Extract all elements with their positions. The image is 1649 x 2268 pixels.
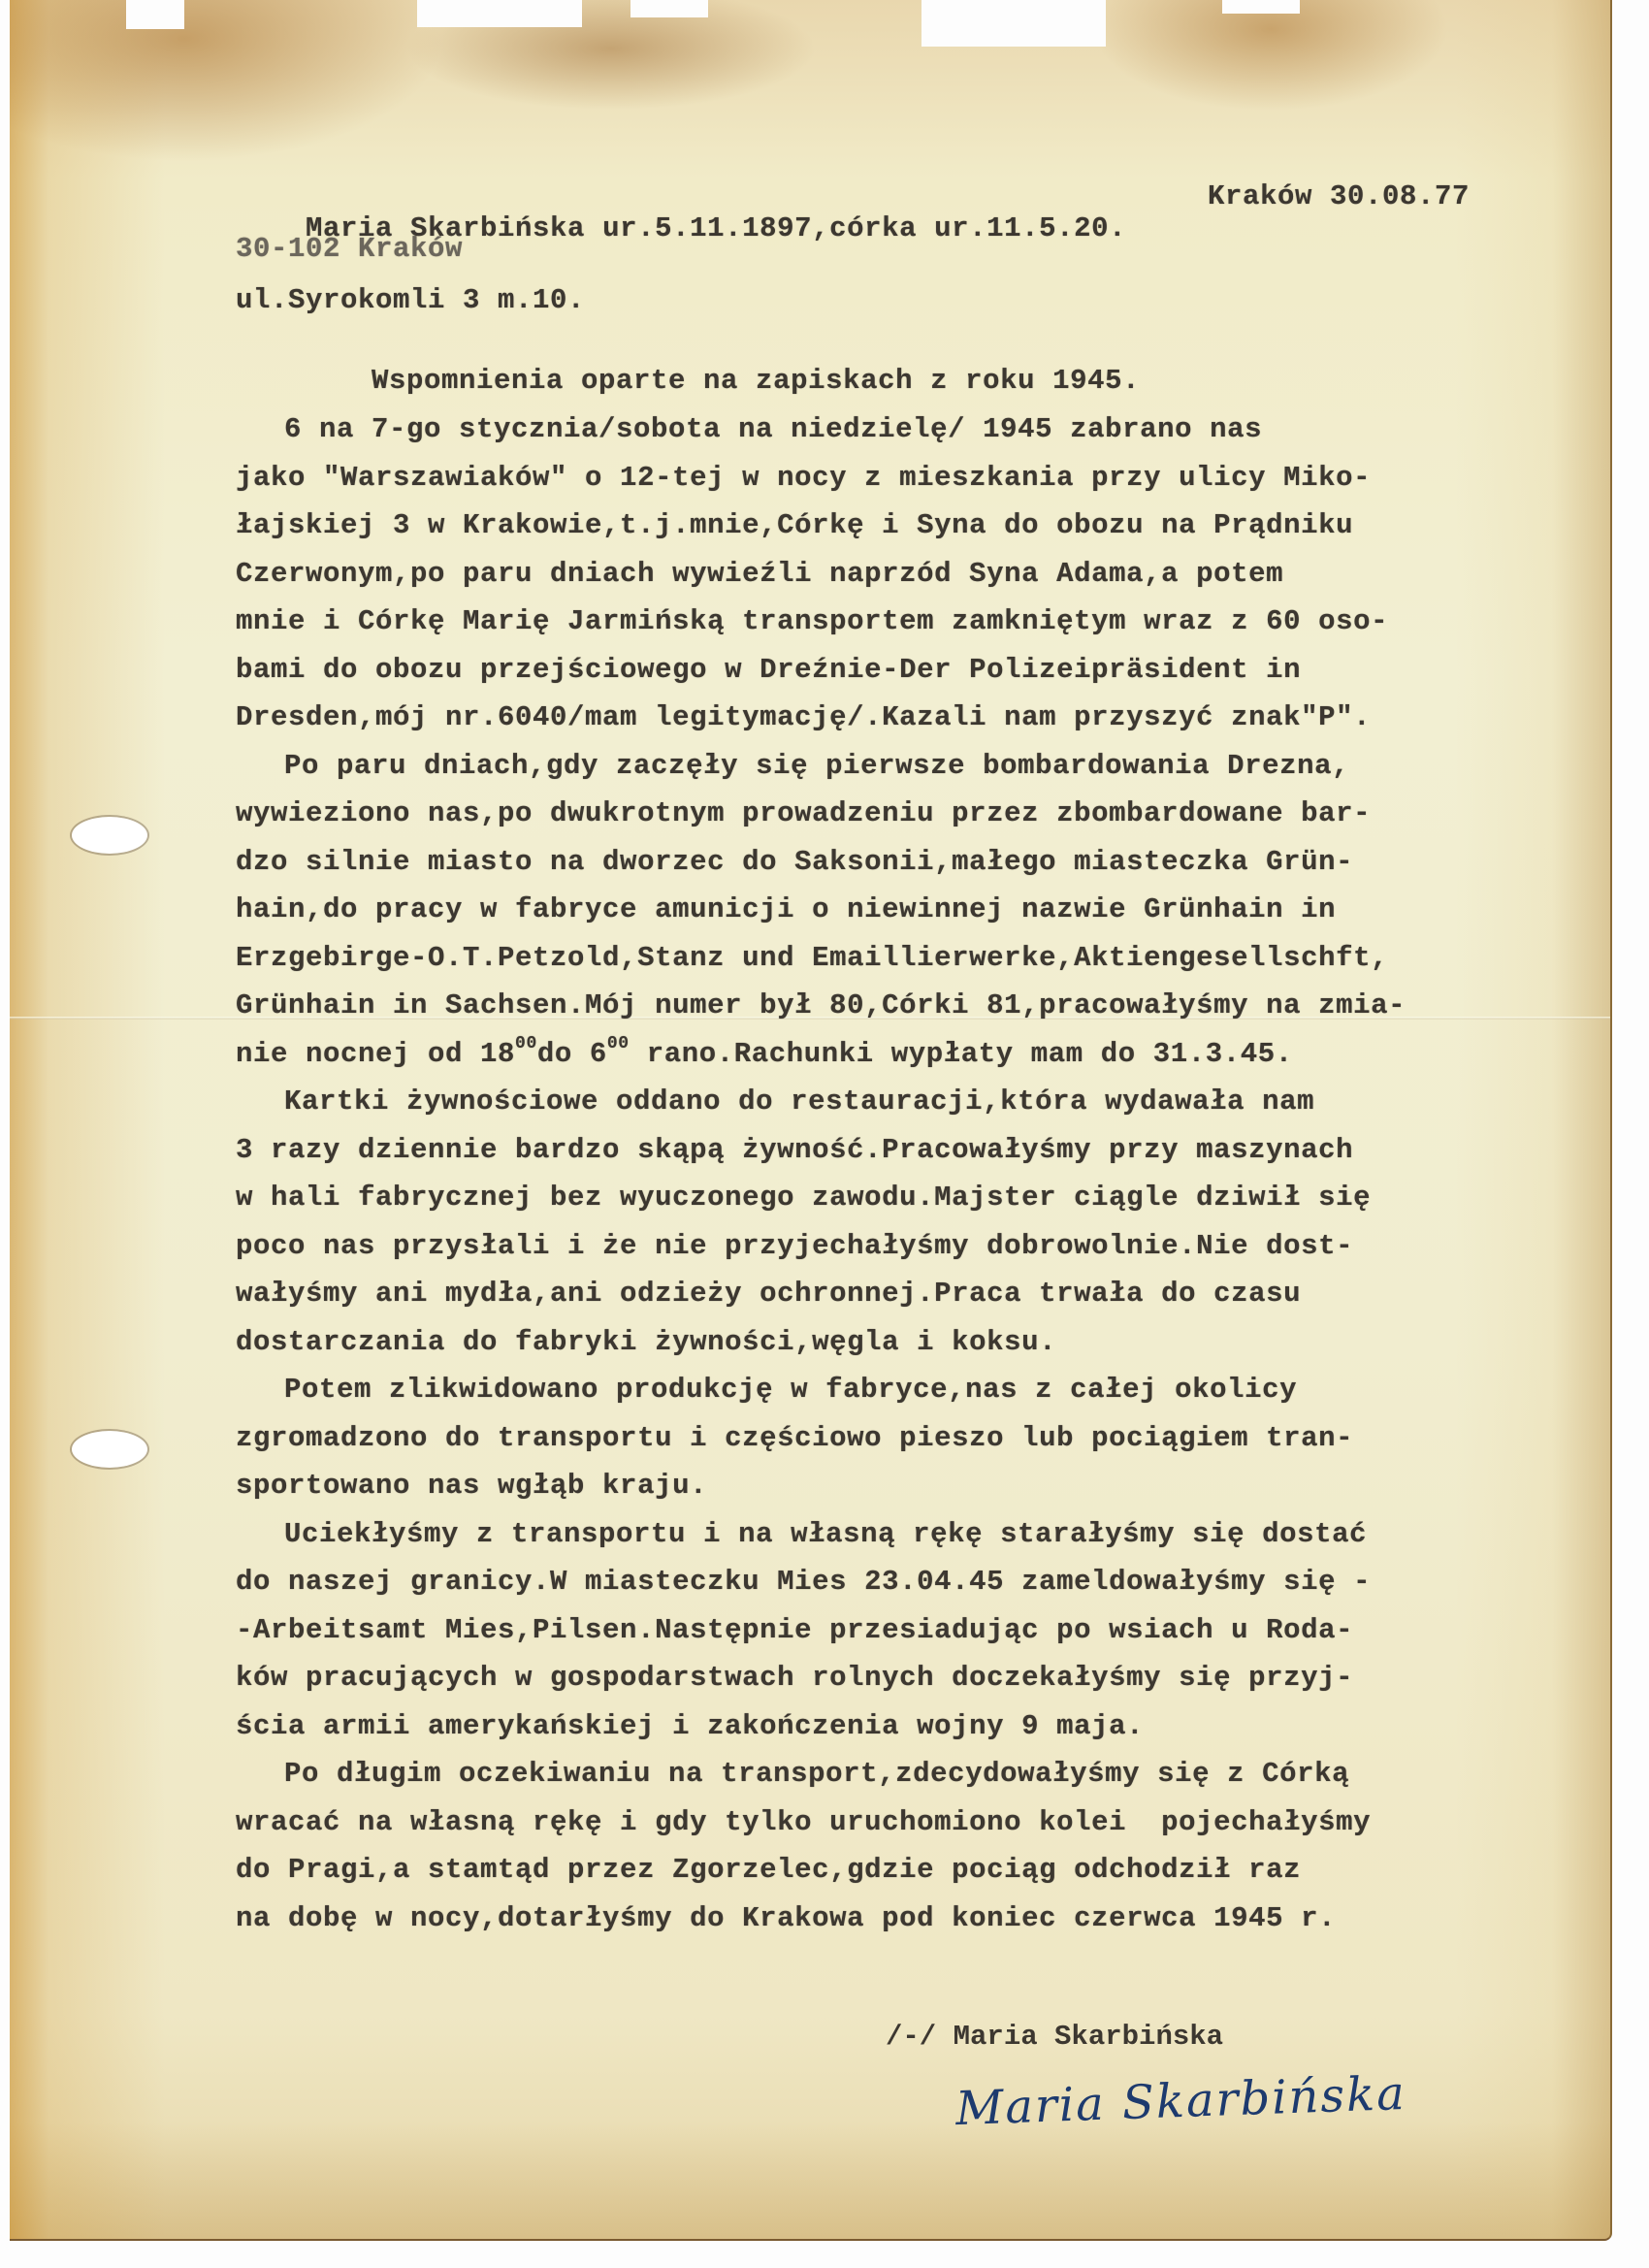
letter-body-line: Po paru dniach,gdy zaczęły się pierwsze … — [284, 750, 1349, 782]
letter-body-line: Potem zlikwidowano produkcję w fabryce,n… — [284, 1374, 1297, 1406]
letter-body-line: Kartki żywnościowe oddano do restauracji… — [284, 1085, 1314, 1118]
letter-body-line: nie nocnej od 1800do 600 rano.Rachunki w… — [236, 1038, 1293, 1070]
letter-body-line: sportowano nas wgłąb kraju. — [236, 1470, 707, 1502]
letter-body-line: 6 na 7-go stycznia/sobota na niedzielę/ … — [284, 413, 1262, 445]
letter-body-line: dzo silnie miasto na dworzec do Saksonii… — [236, 846, 1353, 878]
sender-street-address: ul.Syrokomli 3 m.10. — [236, 284, 585, 316]
torn-edge — [630, 0, 708, 17]
letter-body-line: Dresden,mój nr.6040/mam legitymację/.Kaz… — [236, 701, 1371, 733]
letter-body-line: wracać na własną rękę i gdy tylko urucho… — [236, 1806, 1371, 1838]
punch-hole — [72, 817, 147, 854]
torn-edge — [1222, 0, 1300, 14]
letter-body-line: w hali fabrycznej bez wyuczonego zawodu.… — [236, 1182, 1371, 1214]
letter-body-line: do naszej granicy.W miasteczku Mies 23.0… — [236, 1566, 1371, 1598]
letter-body-line: do Pragi,a stamtąd przez Zgorzelec,gdzie… — [236, 1854, 1301, 1886]
letter-body-line: na dobę w nocy,dotarłyśmy do Krakowa pod… — [236, 1902, 1336, 1934]
letter-body-line: 3 razy dziennie bardzo skąpą żywność.Pra… — [236, 1134, 1353, 1166]
letter-body-line: -Arbeitsamt Mies,Pilsen.Następnie przesi… — [236, 1614, 1353, 1646]
letter-body-line: ków pracujących w gospodarstwach rolnych… — [236, 1662, 1353, 1694]
letter-body-line: Po długim oczekiwaniu na transport,zdecy… — [284, 1758, 1349, 1790]
torn-edge — [126, 0, 184, 29]
letter-body-line: Uciekłyśmy z transportu i na własną rękę… — [284, 1518, 1367, 1550]
torn-edge — [417, 0, 582, 27]
letter-body-line: jako "Warszawiaków" o 12-tej w nocy z mi… — [236, 462, 1371, 494]
letter-date: Kraków 30.08.77 — [1208, 180, 1470, 212]
letter-body-line: bami do obozu przejściowego w Dreźnie-De… — [236, 654, 1301, 686]
sender-postal-code: 30-102 Kraków — [236, 233, 463, 265]
letter-body-line: Grünhain in Sachsen.Mój numer był 80,Cór… — [236, 989, 1406, 1021]
letter-body-line: wałyśmy ani mydła,ani odzieży ochronnej.… — [236, 1278, 1301, 1310]
typed-signature: /-/ Maria Skarbińska — [886, 2021, 1223, 2053]
torn-edge — [921, 0, 1106, 47]
letter-body-line: hain,do pracy w fabryce amunicji o niewi… — [236, 893, 1336, 925]
letter-body-line: poco nas przysłali i że nie przyjechałyś… — [236, 1230, 1353, 1262]
letter-body-line: dostarczania do fabryki żywności,węgla i… — [236, 1326, 1056, 1358]
letter-body-line: Czerwonym,po paru dniach wywieźli naprzó… — [236, 558, 1283, 590]
letter-body-line: łajskiej 3 w Krakowie,t.j.mnie,Córkę i S… — [236, 509, 1353, 541]
punch-hole — [72, 1431, 147, 1468]
document-title: Wspomnienia oparte na zapiskach z roku 1… — [372, 365, 1140, 397]
letter-body-line: zgromadzono do transportu i częściowo pi… — [236, 1422, 1353, 1454]
letter-body-line: Erzgebirge-O.T.Petzold,Stanz und Emailli… — [236, 942, 1388, 974]
letter-body-line: mnie i Córkę Marię Jarmińską transportem… — [236, 605, 1388, 637]
letter-body-line: wywieziono nas,po dwukrotnym prowadzeniu… — [236, 797, 1371, 829]
letter-body-line: ścia armii amerykańskiej i zakończenia w… — [236, 1710, 1144, 1742]
